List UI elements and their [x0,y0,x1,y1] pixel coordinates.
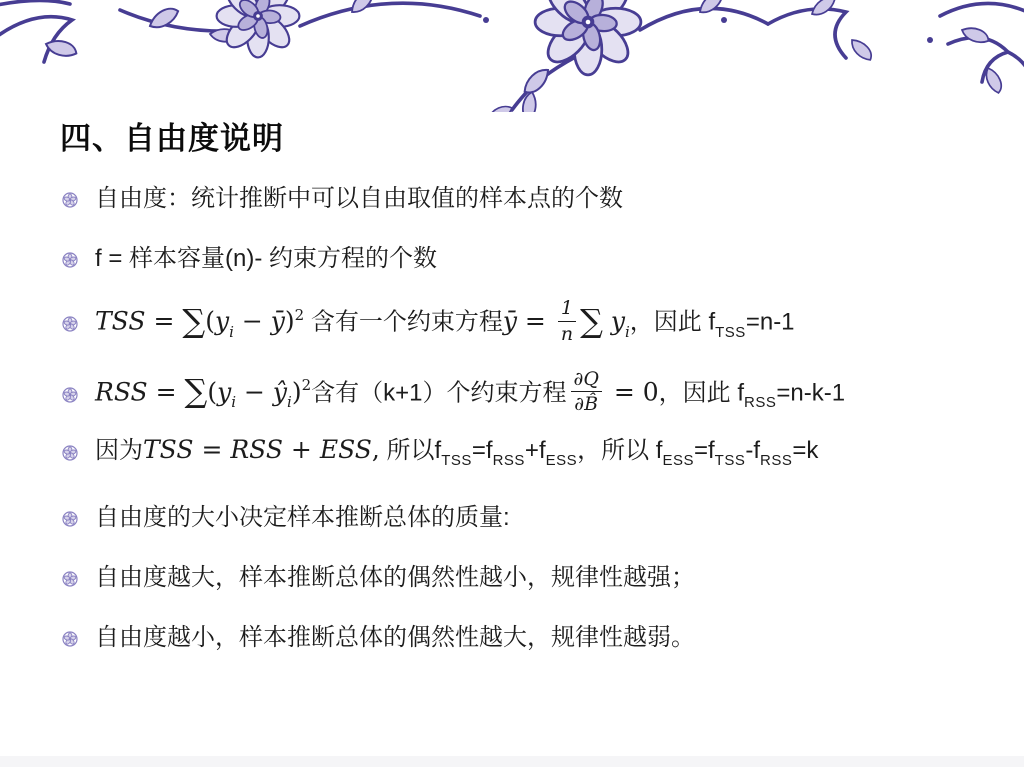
text-run: ( [205,307,215,336]
text-run: y [603,307,625,336]
text-run: = 0 [606,377,659,406]
footer-strip [0,756,1024,767]
flower-bullet-icon [62,252,78,268]
fraction: 1n [558,297,576,346]
text-run: ESS [662,452,694,469]
text-run: i [229,323,234,341]
text-run: ȳ [271,307,285,336]
bullet-text: 因为TSS = RSS + ESS, 所以fTSS=fRSS+fESS，所以 f… [95,434,818,470]
text-run: =f [694,437,715,464]
bullet-item: TSS = ∑(yi − ȳ)2 含有一个约束方程ȳ = 1n∑ yi，因此 f… [62,299,1004,348]
text-run: -f [745,437,760,464]
text-run: 自由度越小，样本推断总体的偶然性越大，规律性越弱。 [95,624,695,651]
text-run: =f [472,437,493,464]
text-run: 所以 [380,437,435,464]
text-run: i [231,393,236,411]
text-run: =k [792,437,818,464]
bullet-item: 自由度越大，样本推断总体的偶然性越小，规律性越强； [62,562,1004,594]
text-run: 含有一个约束方程 [304,309,503,336]
text-run: 自由度的大小决定样本推断总体的质量: [95,504,510,531]
text-run: 因为 [95,437,143,464]
bullet-item: 因为TSS = RSS + ESS, 所以fTSS=fRSS+fESS，所以 f… [62,434,1004,470]
bullet-text: TSS = ∑(yi − ȳ)2 含有一个约束方程ȳ = 1n∑ yi，因此 f… [95,299,795,348]
text-run: − [234,307,271,336]
text-run: ESS [320,435,372,464]
text-run: = [517,307,554,336]
text-run: − [236,377,273,406]
text-run: TSS [715,452,746,469]
text-run: RSS [744,394,776,411]
bullet-text: 自由度越小，样本推断总体的偶然性越大，规律性越弱。 [95,622,695,654]
text-run: ) [292,377,302,406]
flower-bullet-icon [62,445,78,461]
text-run: RSS [95,377,148,406]
text-run: f [737,379,744,406]
slide-content: 四、自由度说明 自由度：统计推断中可以自由取值的样本点的个数 [0,112,1024,654]
text-run: + [283,435,320,464]
text-run: 自由度越大，样本推断总体的偶然性越小，规律性越强； [95,564,695,591]
flower-bullet-icon [62,631,78,647]
text-run: y [217,377,231,406]
text-run: +f [525,437,546,464]
text-run: 2 [302,376,312,394]
text-run: TSS [95,307,146,336]
text-run: = [146,307,183,336]
text-run: ，因此 [659,379,738,406]
text-run: = [194,435,231,464]
text-run: 2 [295,306,305,324]
text-run: RSS [760,452,792,469]
text-run: ( [207,377,217,406]
flower-bullet-icon [62,192,78,208]
text-run: RSS [493,452,525,469]
text-run: y [215,307,229,336]
text-run: ) [285,307,295,336]
slide: 四、自由度说明 自由度：统计推断中可以自由取值的样本点的个数 [0,0,1024,767]
flower-bullet-icon [62,511,78,527]
text-run: =n-k-1 [776,379,845,406]
bullet-item: RSS = ∑(yi − ŷi)2含有（k+1）个约束方程∂Q∂B̂ = 0，因… [62,370,1004,419]
bullet-list: 自由度：统计推断中可以自由取值的样本点的个数 f = 样本容量(n)- 约束方程… [0,183,1024,654]
text-run: ESS [546,452,578,469]
text-run: TSS [441,452,472,469]
text-run: f = 样本容量(n)- 约束方程的个数 [95,245,437,272]
text-run: RSS [230,435,283,464]
text-run: 自由度：统计推断中可以自由取值的样本点的个数 [95,185,623,212]
flower-bullet-icon [62,571,78,587]
top-floral-decoration [0,0,1024,112]
page-title: 四、自由度说明 [60,118,1024,160]
bullet-item: f = 样本容量(n)- 约束方程的个数 [62,243,1004,275]
text-run: 含有（k+1）个约束方程 [311,379,566,406]
text-run: ∑ [182,302,205,340]
bullet-text: 自由度的大小决定样本推断总体的质量: [95,502,510,534]
flower-bullet-icon [62,387,78,403]
text-run: TSS [143,435,194,464]
text-run: ȳ [503,307,517,336]
fraction: ∂Q∂B̂ [571,368,602,417]
text-run: ，因此 [630,309,709,336]
flower-bullet-icon [62,316,78,332]
text-run: TSS [715,324,746,341]
text-run: =n-1 [746,309,795,336]
text-run: ∑ [580,302,603,340]
bullet-text: 自由度：统计推断中可以自由取值的样本点的个数 [95,183,623,215]
bullet-item: 自由度：统计推断中可以自由取值的样本点的个数 [62,183,1004,215]
bullet-text: 自由度越大，样本推断总体的偶然性越小，规律性越强； [95,562,695,594]
bullet-text: f = 样本容量(n)- 约束方程的个数 [95,243,437,275]
bullet-item: 自由度的大小决定样本推断总体的质量: [62,502,1004,534]
text-run: ŷ [273,377,287,406]
bullet-item: 自由度越小，样本推断总体的偶然性越大，规律性越弱。 [62,622,1004,654]
bullet-text: RSS = ∑(yi − ŷi)2含有（k+1）个约束方程∂Q∂B̂ = 0，因… [95,370,845,419]
text-run: ∑ [184,372,207,410]
text-run: , [372,435,380,464]
text-run: ，所以 f [577,437,662,464]
text-run: = [148,377,185,406]
text-run: i [625,323,630,341]
text-run: i [287,393,292,411]
